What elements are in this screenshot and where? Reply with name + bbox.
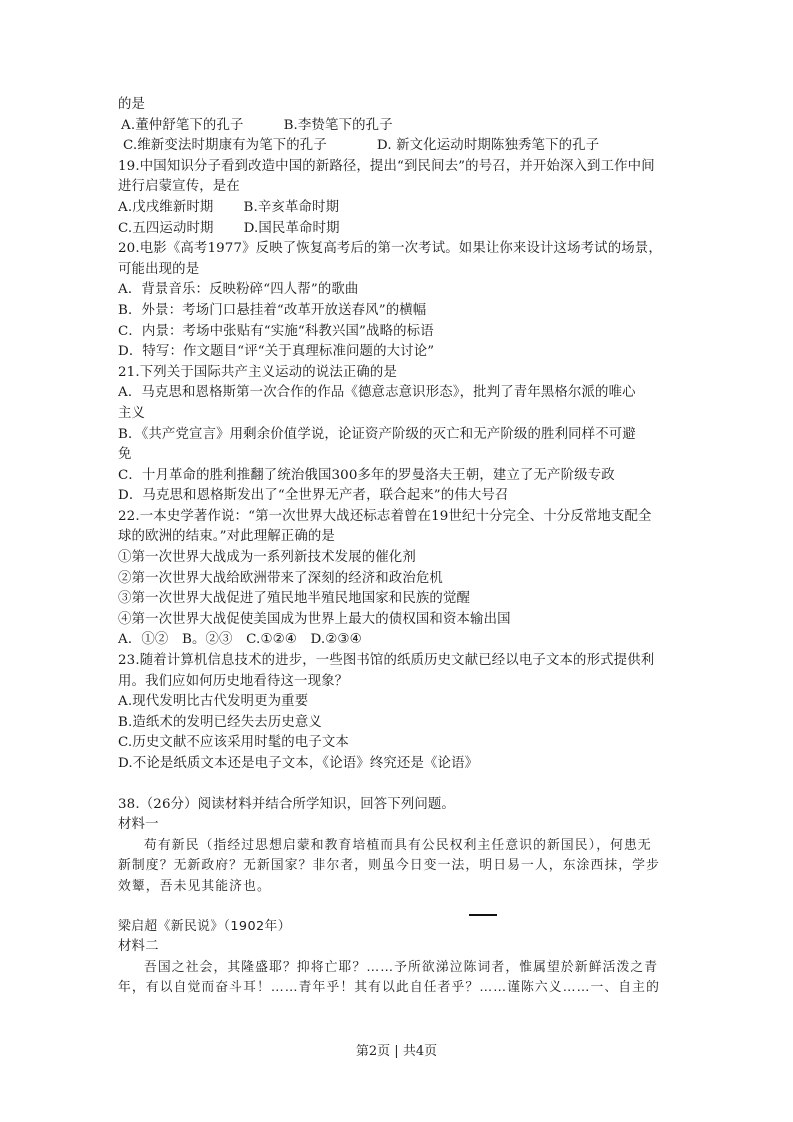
q18-option-a: A.董仲舒笔下的孔子 [121, 116, 244, 137]
material-spacer [118, 898, 674, 917]
material2-line2: 年，有以自觉而奋斗耳！……青年乎！其有以此自任者乎？……谨陈六义……一、自主的 [118, 978, 674, 999]
q18-option-c: C.维新变法时期康有为笔下的孔子 [123, 136, 327, 157]
q21-stem: 21.下列关于国际共产主义运动的说法正确的是 [118, 363, 674, 384]
q23-option-b: B.造纸术的发明已经失去历史意义 [118, 713, 674, 734]
q21-option-c: C．十月革命的胜利推翻了统治俄国300多年的罗曼洛夫王朝，建立了无产阶级专政 [118, 466, 674, 487]
q18-option-d: D. 新文化运动时期陈独秀笔下的孔子 [377, 136, 599, 157]
q19-stem-line1: 19.中国知识分子看到改造中国的新路径，提出“到民间去”的号召，并开始深入到工作… [118, 157, 674, 178]
q19-option-a: A.戊戌维新时期 [118, 198, 213, 219]
page-content: 的是 A.董仲舒笔下的孔子 B.李贽笔下的孔子 C.维新变法时期康有为笔下的孔子… [118, 95, 674, 999]
q22-stem-line2: 球的欧洲的结束。”对此理解正确的是 [118, 527, 674, 548]
separator-rule [469, 914, 497, 916]
q38-stem: 38.（26分）阅读材料并结合所学知识，回答下列问题。 [118, 795, 674, 816]
q19-option-c: C.五四运动时期 [118, 219, 214, 240]
material1-line3: 效颦，吾未见其能济也。 [118, 877, 674, 898]
q20-stem-line1: 20.电影《高考1977》反映了恢复高考后的第一次考试。如果让你来设计这场考试的… [118, 239, 674, 260]
q20-option-d: D．特写：作文题目“评“关于真理标准问题的大讨论” [118, 342, 674, 363]
q18-options-cd: C.维新变法时期康有为笔下的孔子 D. 新文化运动时期陈独秀笔下的孔子 [118, 136, 674, 157]
q22-stem-line1: 22.一本史学著作说：“第一次世界大战还标志着曾在19世纪十分完全、十分反常地支… [118, 507, 674, 528]
q23-stem-line1: 23.随着计算机信息技术的进步，一些图书馆的纸质历史文献已经以电子文本的形式提供… [118, 651, 674, 672]
q19-option-d: D.国民革命时期 [244, 219, 340, 240]
q21-option-a-line1: A．马克思和恩格斯第一次合作的作品《德意志意识形态》，批判了青年黑格尔派的唯心 [118, 383, 674, 404]
material2-line1: 吾国之社会，其隆盛耶？抑将亡耶？……予所欲涕泣陈词者，惟属望於新鲜活泼之青 [118, 958, 674, 979]
q22-statement-4: ④第一次世界大战促使美国成为世界上最大的债权国和资本输出国 [118, 610, 674, 631]
q21-option-b-line1: B．《共产党宣言》用剩余价值学说，论证资产阶级的灭亡和无产阶级的胜利同样不可避 [118, 425, 674, 446]
q20-option-c: C．内景：考场中张贴有“实施“科教兴国”战略的标语 [118, 322, 674, 343]
q22-options: A．①② B。②③ C.①②④ D.②③④ [118, 630, 674, 651]
q23-option-c: C.历史文献不应该采用时髦的电子文本 [118, 733, 674, 754]
material1-line2: 新制度？无新政府？无新国家？非尔者，则虽今日变一法，明日易一人，东涂西抹，学步 [118, 856, 674, 877]
q19-options-ab: A.戊戌维新时期 B.辛亥革命时期 [118, 198, 674, 219]
page-footer: 第2页 | 共4页 [0, 1040, 793, 1059]
q20-option-a: A．背景音乐：反映粉碎“四人帮”的歌曲 [118, 280, 674, 301]
q20-option-b: B．外景：考场门口悬挂着“改革开放送春风”的横幅 [118, 301, 674, 322]
material1-label: 材料一 [118, 815, 674, 836]
q22-statement-1: ①第一次世界大战成为一系列新技术发展的催化剂 [118, 548, 674, 569]
q21-option-d: D．马克思和恩格斯发出了“全世界无产者，联合起来”的伟大号召 [118, 486, 674, 507]
material2-label: 材料二 [118, 937, 674, 958]
q21-option-a-line2: 主义 [118, 404, 674, 425]
material1-line1: 苟有新民（指经过思想启蒙和教育培植而具有公民权利主任意识的新国民），何患无 [118, 836, 674, 857]
q23-stem-line2: 用。我们应如何历史地看待这一现象？ [118, 672, 674, 693]
q19-option-b: B.辛亥革命时期 [243, 198, 339, 219]
q18-options-ab: A.董仲舒笔下的孔子 B.李贽笔下的孔子 [118, 116, 674, 137]
q23-option-d: D.不论是纸质文本还是电子文本，《论语》终究还是《论语》 [118, 754, 674, 775]
page-indicator: 第2页 | 共4页 [356, 1044, 437, 1059]
q18-stem-end: 的是 [118, 95, 674, 116]
q19-stem-line2: 进行启蒙宣传，是在 [118, 177, 674, 198]
q20-stem-line2: 可能出现的是 [118, 260, 674, 281]
q22-statement-2: ②第一次世界大战给欧洲带来了深刻的经济和政治危机 [118, 569, 674, 590]
material1-source: 梁启超《新民说》（1902年） [118, 917, 674, 938]
exam-page: 的是 A.董仲舒笔下的孔子 B.李贽笔下的孔子 C.维新变法时期康有为笔下的孔子… [0, 0, 793, 1122]
q22-statement-3: ③第一次世界大战促进了殖民地半殖民地国家和民族的觉醒 [118, 589, 674, 610]
q23-option-a: A.现代发明比古代发明更为重要 [118, 692, 674, 713]
q19-options-cd: C.五四运动时期 D.国民革命时期 [118, 219, 674, 240]
q18-option-b: B.李贽笔下的孔子 [284, 116, 393, 137]
q21-option-b-line2: 免 [118, 445, 674, 466]
section-spacer [118, 775, 674, 795]
